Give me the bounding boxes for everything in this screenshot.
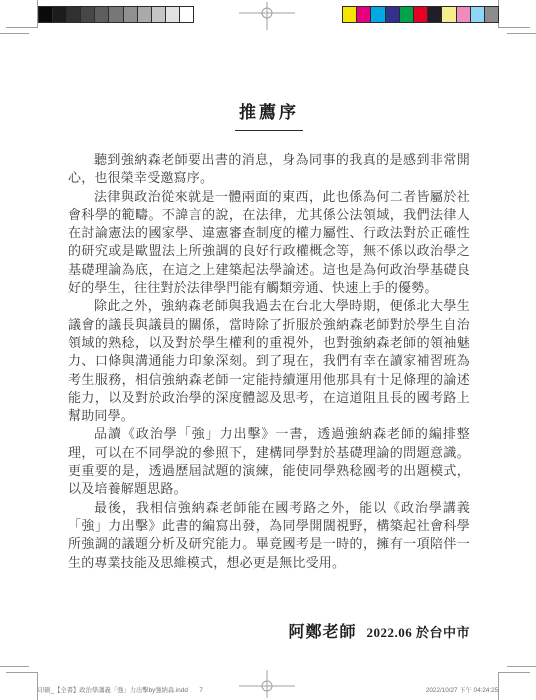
paragraph: 聽到強納森老師要出書的消息，身為同事的我真的是感到非常開心，也很榮幸受邀寫序。	[68, 151, 470, 188]
signature-date-place: 2022.06 於台中市	[366, 625, 470, 640]
slug-filename-text: 印刷_【全書】政治學講義「強」力出擊by強納森.indd	[38, 686, 188, 693]
author-name: 阿鄭老師	[288, 624, 356, 641]
slug-filename: 印刷_【全書】政治學講義「強」力出擊by強納森.indd 7	[38, 685, 203, 694]
registration-mark-bottom-icon	[239, 670, 295, 700]
paragraph: 品讀《政治學「強」力出擊》一書，透過強納森老師的編排整理，可以在不同學說的參照下…	[68, 425, 470, 498]
color-calibration-bar	[343, 7, 498, 22]
slug-timestamp: 2022/10/27 下午 04:24:25	[426, 685, 498, 694]
signature-line: 阿鄭老師 2022.06 於台中市	[68, 619, 470, 642]
paragraph: 最後，我相信強納森老師能在國考路之外，能以《政治學講義「強」力出擊》此書的編寫出…	[68, 499, 470, 572]
page-title: 推薦序	[235, 98, 303, 131]
slug-page-number: 7	[199, 686, 203, 693]
title-block: 推薦序	[68, 98, 470, 131]
page-content: 推薦序 聽到強納森老師要出書的消息，身為同事的我真的是感到非常開心，也很榮幸受邀…	[68, 98, 470, 642]
print-proof-sheet: 推薦序 聽到強納森老師要出書的消息，身為同事的我真的是感到非常開心，也很榮幸受邀…	[0, 0, 536, 700]
paragraph: 法律與政治從來就是一體兩面的東西，此也係為何二者皆屬於社會科學的範疇。不諱言的說…	[68, 188, 470, 298]
grayscale-calibration-bar	[39, 7, 193, 22]
preface-body: 聽到強納森老師要出書的消息，身為同事的我真的是感到非常開心，也很榮幸受邀寫序。 …	[68, 151, 470, 572]
paragraph: 除此之外，強納森老師與我過去在台北大學時期，便係北大學生議會的議長與議員的關係，…	[68, 297, 470, 425]
registration-mark-top-icon	[239, 0, 295, 30]
